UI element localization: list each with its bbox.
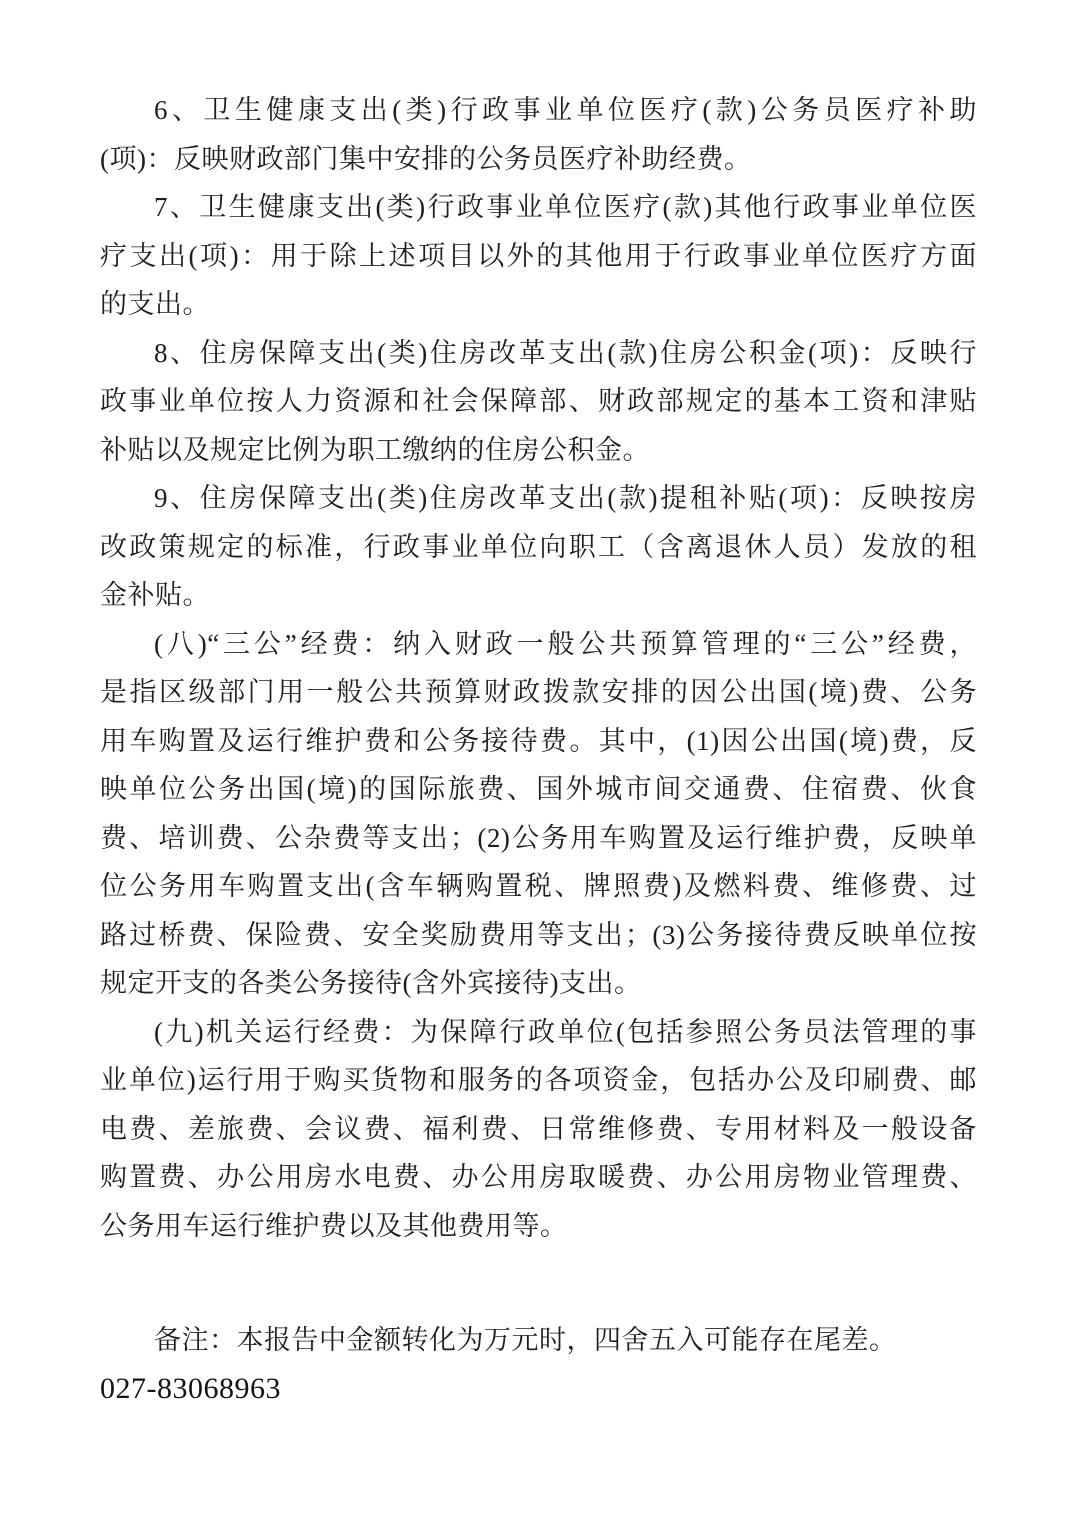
text-line: 8、住房保障支出(类)住房改革支出(款)住房公积金(项)：反映行 — [100, 329, 977, 378]
text-line: 公务用车运行维护费以及其他费用等。 — [100, 1202, 977, 1251]
remark-rounding-note: 备注：本报告中金额转化为万元时，四舍五入可能存在尾差。 — [100, 1316, 977, 1365]
text-line: 用车购置及运行维护费和公务接待费。其中，(1)因公出国(境)费，反 — [100, 717, 977, 766]
text-line: 位公务用车购置支出(含车辆购置税、牌照费)及燃料费、维修费、过 — [100, 862, 977, 911]
item-9-rent-subsidy: 9、住房保障支出(类)住房改革支出(款)提租补贴(项)：反映按房改政策规定的标准… — [100, 474, 977, 620]
text-line: 改政策规定的标准，行政事业单位向职工（含离退休人员）发放的租 — [100, 523, 977, 572]
text-line: 费、培训费、公杂费等支出；(2)公务用车购置及运行维护费，反映单 — [100, 814, 977, 863]
text-line: 规定开支的各类公务接待(含外宾接待)支出。 — [100, 959, 977, 1008]
text-line: 是指区级部门用一般公共预算财政拨款安排的因公出国(境)费、公务 — [100, 668, 977, 717]
item-8-housing-provident-fund: 8、住房保障支出(类)住房改革支出(款)住房公积金(项)：反映行政事业单位按人力… — [100, 329, 977, 475]
text-line: 9、住房保障支出(类)住房改革支出(款)提租补贴(项)：反映按房 — [100, 474, 977, 523]
footer-phone-number: 027-83068963 — [100, 1365, 977, 1413]
document-body: 6、卫生健康支出(类)行政事业单位医疗(款)公务员医疗补助(项)：反映财政部门集… — [100, 86, 977, 1413]
text-line: (项)：反映财政部门集中安排的公务员医疗补助经费。 — [100, 135, 977, 184]
text-line: 备注：本报告中金额转化为万元时，四舍五入可能存在尾差。 — [100, 1316, 977, 1365]
text-line: 购置费、办公用房水电费、办公用房取暖费、办公用房物业管理费、 — [100, 1153, 977, 1202]
section-8-three-public-expenses: (八)“三公”经费：纳入财政一般公共预算管理的“三公”经费，是指区级部门用一般公… — [100, 620, 977, 1008]
document-page: 6、卫生健康支出(类)行政事业单位医疗(款)公务员医疗补助(项)：反映财政部门集… — [0, 0, 1074, 1520]
text-line: 政事业单位按人力资源和社会保障部、财政部规定的基本工资和津贴 — [100, 377, 977, 426]
text-line: 7、卫生健康支出(类)行政事业单位医疗(款)其他行政事业单位医 — [100, 183, 977, 232]
text-line: 的支出。 — [100, 280, 977, 329]
paragraphs-container: 6、卫生健康支出(类)行政事业单位医疗(款)公务员医疗补助(项)：反映财政部门集… — [100, 86, 977, 1365]
text-line: 业单位)运行用于购买货物和服务的各项资金，包括办公及印刷费、邮 — [100, 1056, 977, 1105]
text-line: (八)“三公”经费：纳入财政一般公共预算管理的“三公”经费， — [100, 620, 977, 669]
text-line: 金补贴。 — [100, 571, 977, 620]
section-9-agency-operating-funds: (九)机关运行经费：为保障行政单位(包括参照公务员法管理的事业单位)运行用于购买… — [100, 1008, 977, 1251]
text-line: 映单位公务出国(境)的国际旅费、国外城市间交通费、住宿费、伙食 — [100, 765, 977, 814]
item-7-other-admin-medical-expense: 7、卫生健康支出(类)行政事业单位医疗(款)其他行政事业单位医疗支出(项)：用于… — [100, 183, 977, 329]
text-line: 电费、差旅费、会议费、福利费、日常维修费、专用材料及一般设备 — [100, 1105, 977, 1154]
text-line: 疗支出(项)：用于除上述项目以外的其他用于行政事业单位医疗方面 — [100, 232, 977, 281]
text-line: 6、卫生健康支出(类)行政事业单位医疗(款)公务员医疗补助 — [100, 86, 977, 135]
item-6-civil-servant-medical-subsidy: 6、卫生健康支出(类)行政事业单位医疗(款)公务员医疗补助(项)：反映财政部门集… — [100, 86, 977, 183]
text-line: 路过桥费、保险费、安全奖励费用等支出；(3)公务接待费反映单位按 — [100, 911, 977, 960]
text-line: (九)机关运行经费：为保障行政单位(包括参照公务员法管理的事 — [100, 1008, 977, 1057]
text-line: 补贴以及规定比例为职工缴纳的住房公积金。 — [100, 426, 977, 475]
